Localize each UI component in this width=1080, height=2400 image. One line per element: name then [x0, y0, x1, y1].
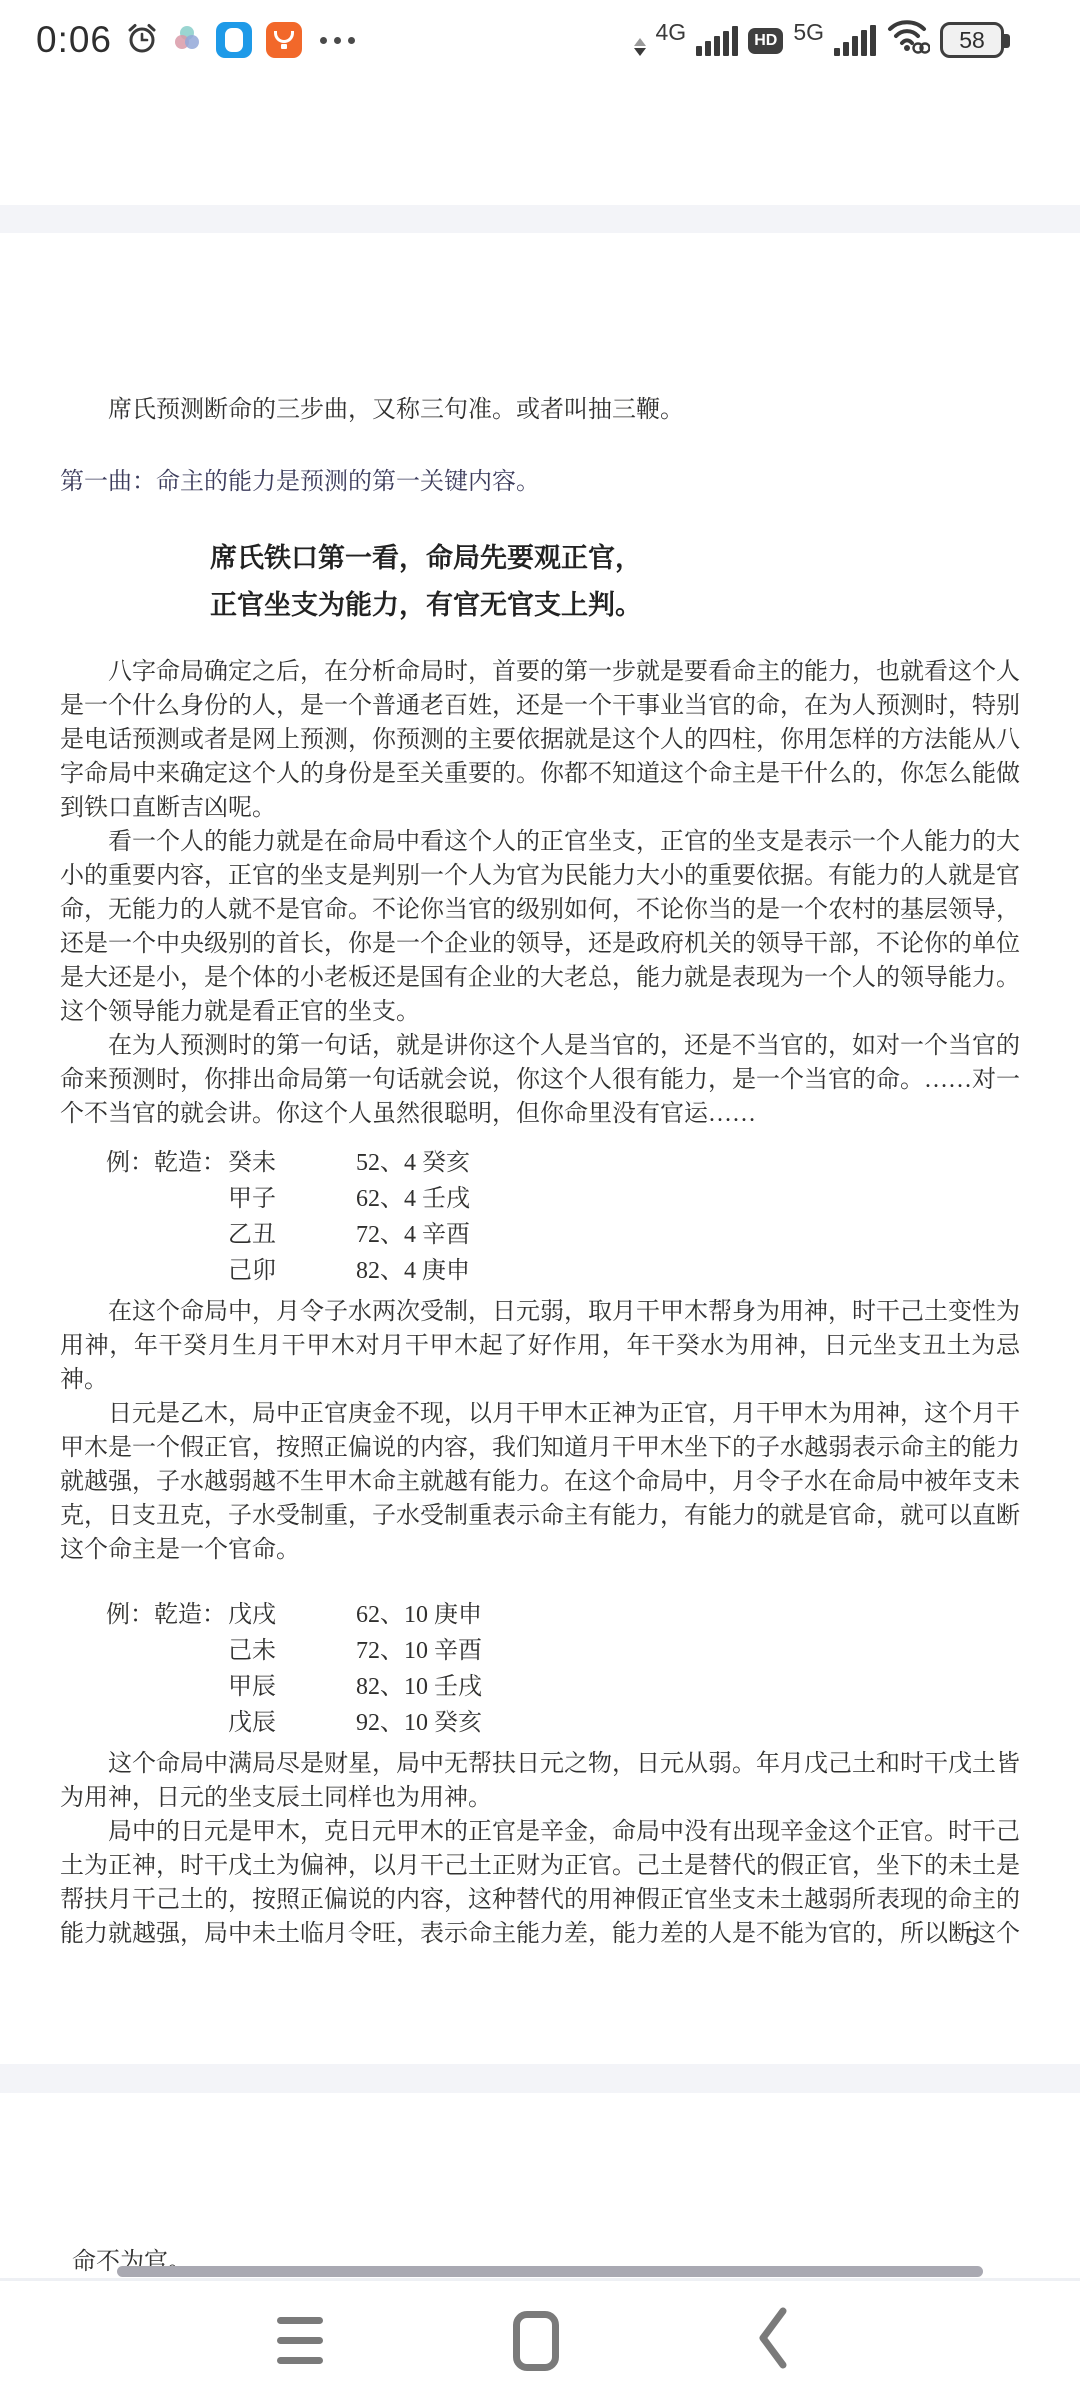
pillar-cell: 己未 [228, 1633, 356, 1669]
paragraph: 在为人预测时的第一句话，就是讲你这个人是当官的，还是不当官的，如对一个当官的命来… [60, 1029, 1020, 1131]
system-navigation-bar [0, 2281, 1080, 2400]
example-prefix: 例：乾造： [106, 1145, 228, 1181]
menu-icon [277, 2317, 323, 2364]
paragraph: 日元是乙木，局中正官庚金不现，以月干甲木正神为正官，月干甲木为用神，这个月干甲木… [60, 1397, 1020, 1567]
pillar-cell: 乙丑 [228, 1217, 356, 1253]
document-page-6-partial: 命不为官。 [0, 2093, 1080, 2278]
alarm-icon [126, 22, 158, 59]
clock-time: 0:06 [36, 19, 112, 61]
luck-cell: 82、10 壬戌 [356, 1669, 482, 1705]
battery-percent: 58 [959, 27, 985, 54]
section-heading: 第一曲：命主的能力是预测的第一关键内容。 [60, 465, 1020, 499]
luck-cell: 62、10 庚申 [356, 1597, 482, 1633]
pillar-cell: 甲子 [228, 1181, 356, 1217]
orange-app-icon [266, 22, 302, 58]
more-notifications-icon [320, 37, 355, 44]
pillar-cell: 己卯 [228, 1253, 356, 1289]
pillar-cell: 戊戌 [228, 1597, 356, 1633]
luck-cell: 72、10 辛酉 [356, 1633, 482, 1669]
paragraph: 局中的日元是甲木，克日元甲木的正官是辛金，命局中没有出现辛金这个正官。时干己土为… [60, 1815, 1020, 1951]
table-row: 己卯 82、4 庚申 [60, 1253, 1020, 1289]
luck-cell: 82、4 庚申 [356, 1253, 470, 1289]
document-page-5: 席氏预测断命的三步曲，又称三句准。或者叫抽三鞭。 第一曲：命主的能力是预测的第一… [0, 233, 1080, 2064]
pillar-cell: 戊辰 [228, 1705, 356, 1741]
signal-bars-4g-icon [696, 26, 738, 56]
luck-cell: 52、4 癸亥 [356, 1145, 470, 1181]
table-row: 甲辰 82、10 壬戌 [60, 1669, 1020, 1705]
signal-bars-5g-icon [834, 25, 876, 56]
paragraph: 在这个命局中，月令子水两次受制，日元弱，取月干甲木帮身为用神，时干己土变性为用神… [60, 1295, 1020, 1397]
back-button[interactable] [702, 2281, 842, 2400]
couplet-line-1: 席氏铁口第一看，命局先要观正官， [210, 535, 1020, 582]
table-row: 乙丑 72、4 辛酉 [60, 1217, 1020, 1253]
paragraph: 看一个人的能力就是在命局中看这个人的正官坐支，正官的坐支是表示一个人能力的大小的… [60, 825, 1020, 1029]
battery-icon: 58 [940, 22, 1004, 58]
bazi-example-2: 例：乾造： 戊戌 62、10 庚申 己未 72、10 辛酉 甲辰 82、10 壬… [60, 1597, 1020, 1741]
blue-app-icon [216, 22, 252, 58]
wifi-icon [886, 15, 930, 60]
status-bar: 0:06 4G [0, 0, 1080, 78]
page-number: 5 [967, 1925, 979, 1951]
table-row: 甲子 62、4 壬戌 [60, 1181, 1020, 1217]
pillar-cell: 癸未 [228, 1145, 356, 1181]
menu-button[interactable] [230, 2281, 370, 2400]
table-row: 戊辰 92、10 癸亥 [60, 1705, 1020, 1741]
table-row: 己未 72、10 辛酉 [60, 1633, 1020, 1669]
couplet-line-2: 正官坐支为能力，有官无官支上判。 [210, 582, 1020, 629]
luck-cell: 72、4 辛酉 [356, 1217, 470, 1253]
network-type-4g: 4G [656, 21, 687, 44]
home-icon [513, 2311, 559, 2371]
pillar-cell: 甲辰 [228, 1669, 356, 1705]
paragraph: 这个命局中满局尽是财星，局中无帮扶日元之物，日元从弱。年月戊己土和时干戊土皆为用… [60, 1747, 1020, 1815]
luck-cell: 62、4 壬戌 [356, 1181, 470, 1217]
paragraph: 八字命局确定之后，在分析命局时，首要的第一步就是要看命主的能力，也就看这个人是一… [60, 655, 1020, 825]
horizontal-scroll-indicator[interactable] [117, 2266, 983, 2277]
back-chevron-icon [755, 2305, 789, 2376]
intro-line: 席氏预测断命的三步曲，又称三句准。或者叫抽三鞭。 [60, 393, 1020, 427]
page-separator-top [0, 205, 1080, 233]
page-separator-bottom [0, 2064, 1080, 2093]
data-activity-icon [634, 38, 646, 56]
hd-badge: HD [748, 28, 783, 54]
couplet-block: 席氏铁口第一看，命局先要观正官， 正官坐支为能力，有官无官支上判。 [60, 535, 1020, 629]
example-prefix: 例：乾造： [106, 1597, 228, 1633]
table-row: 例：乾造： 戊戌 62、10 庚申 [60, 1597, 1020, 1633]
home-button[interactable] [466, 2281, 606, 2400]
table-row: 例：乾造： 癸未 52、4 癸亥 [60, 1145, 1020, 1181]
bazi-example-1: 例：乾造： 癸未 52、4 癸亥 甲子 62、4 壬戌 乙丑 72、4 辛酉 己… [60, 1145, 1020, 1289]
luck-cell: 92、10 癸亥 [356, 1705, 482, 1741]
circles-app-icon [172, 23, 202, 58]
network-type-5g: 5G [793, 21, 824, 44]
